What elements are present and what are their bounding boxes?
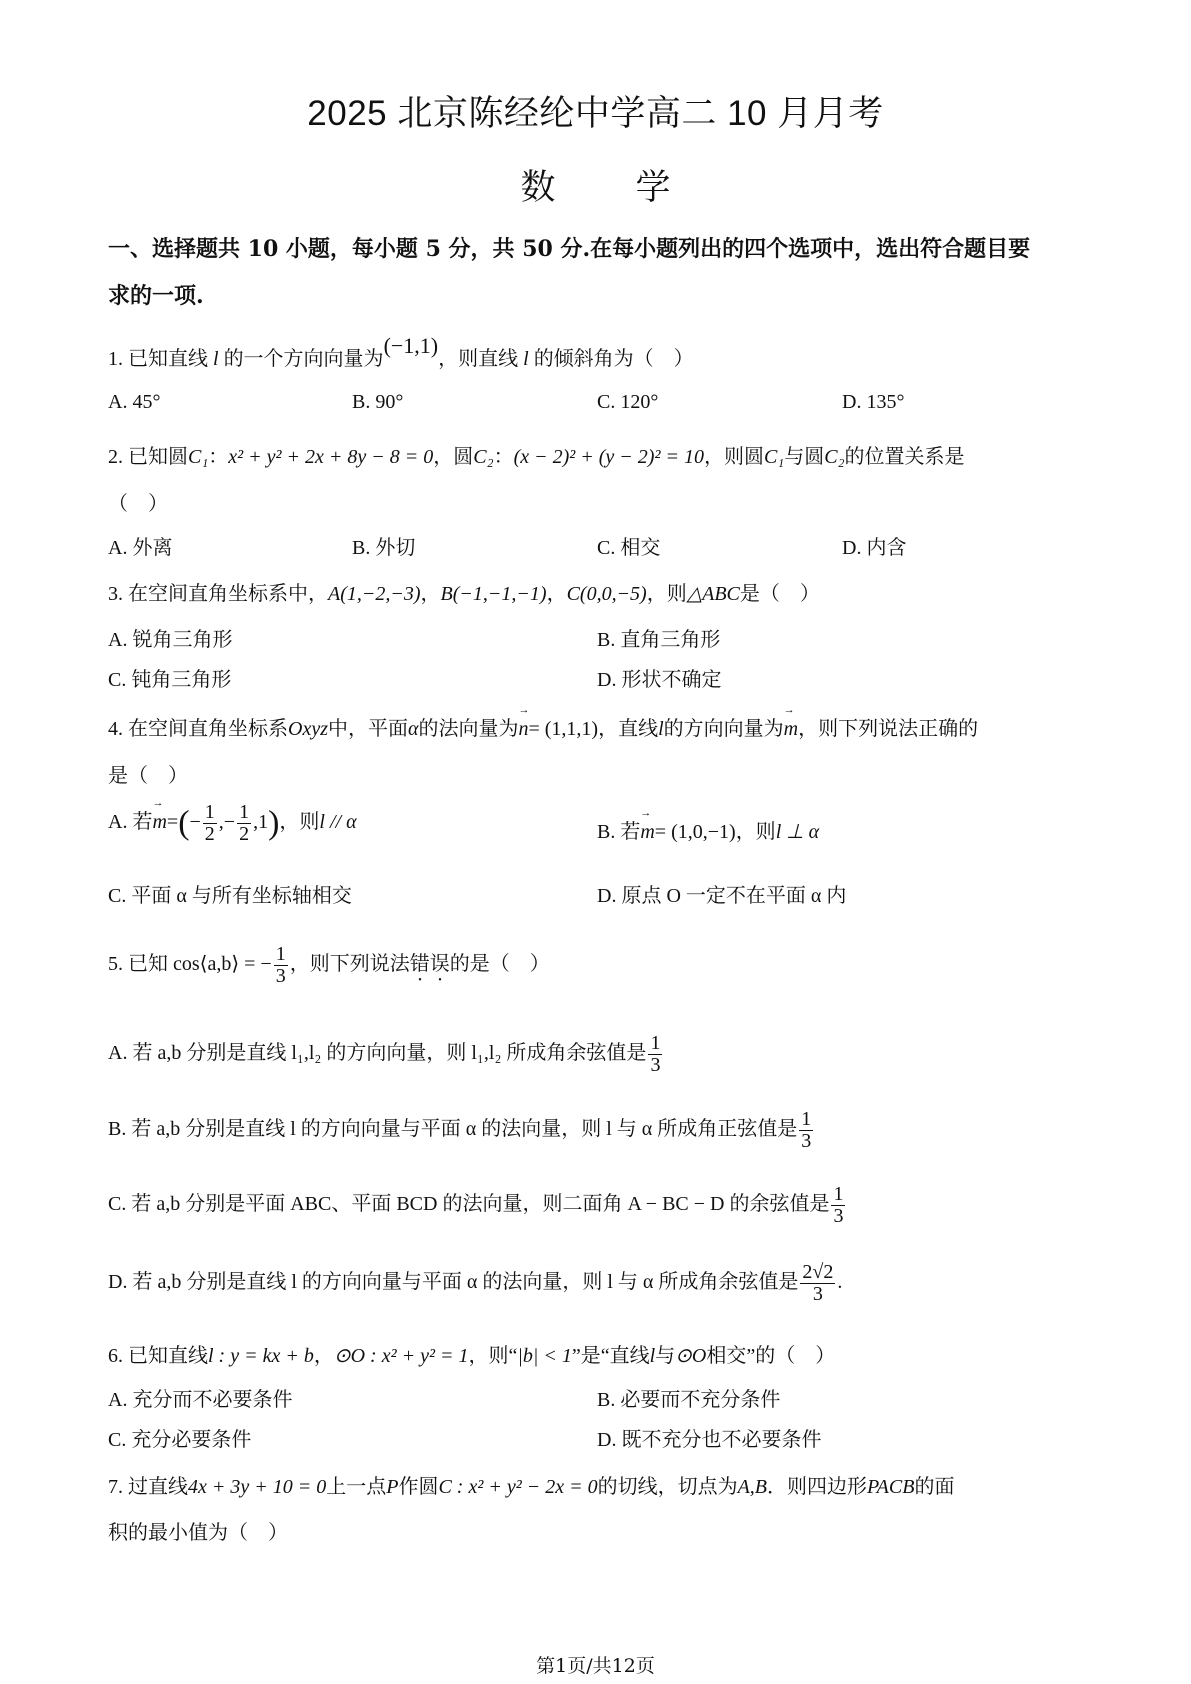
q5d-frac: 2√23 <box>800 1262 835 1305</box>
subject-char-1: 数 <box>520 160 555 210</box>
q2-text: ： <box>208 446 228 468</box>
q4-text: 中，平面 <box>328 718 408 740</box>
question-3-option-c: C. 钝角三角形 <box>108 663 231 692</box>
question-4-stem-line2: 是（ ） <box>108 759 188 788</box>
question-1-option-b: B. 90° <box>352 391 403 414</box>
question-2-option-a: A. 外离 <box>108 531 172 560</box>
q4-text: 4. 在空间直角坐标系 <box>108 718 288 740</box>
q1-var: l <box>213 348 219 370</box>
q5b-text: B. 若 a,b 分别是直线 l 的方向向量与平面 α 的法向量，则 l 与 α… <box>108 1118 797 1140</box>
q7-text: ．则四边形 <box>767 1476 867 1498</box>
q7-tangent-points: A,B <box>738 1476 767 1498</box>
q6-text: ”是“直线 <box>572 1345 650 1367</box>
question-5-option-c: C. 若 a,b 分别是平面 ABC、平面 BCD 的法向量，则二面角 A − … <box>108 1184 847 1227</box>
q6-circle-eq: ⊙O : x² + y² = 1 <box>334 1345 469 1367</box>
q4-text: ，直线 <box>598 718 658 740</box>
q1-text: 1. 已知直线 <box>108 348 208 370</box>
question-3-stem: 3. 在空间直角坐标系中，A(1,−2,−3)，B(−1,−1,−1)，C(0,… <box>108 577 820 606</box>
q2-text: ，圆 <box>433 446 473 468</box>
q4b-suffix: ，则 <box>736 821 776 843</box>
q4-text: ，则下列说法正确的 <box>798 718 978 740</box>
q6-circle: ⊙O <box>675 1345 706 1367</box>
q4a-rparen: ) <box>268 805 279 842</box>
question-7-stem: 7. 过直线4x + 3y + 10 = 0上一点P作圆C : x² + y² … <box>108 1470 954 1499</box>
q4a-tail: ,1 <box>253 811 268 833</box>
q5-cosine-expr: cos⟨a,b⟩ = − <box>173 953 272 975</box>
q3-point-a: A(1,−2,−3) <box>328 583 421 605</box>
q4-plane: α <box>408 718 419 740</box>
q2-text: ： <box>494 446 514 468</box>
q1-text: ，则直线 <box>438 348 518 370</box>
q5-text: 的是（ ） <box>450 953 550 975</box>
q4a-lparen: ( <box>178 805 189 842</box>
question-4-option-d: D. 原点 O 一定不在平面 α 内 <box>597 879 846 908</box>
q4-direction-vector: m <box>784 718 798 741</box>
section-instructions-line1: 一、选择题共 10 小题，每小题 5 分，共 50 分.在每小题列出的四个选项中… <box>108 232 1030 263</box>
q7-text: 的面 <box>914 1476 954 1498</box>
q6-text: 与 <box>655 1345 675 1367</box>
q4b-relation: l ⊥ α <box>776 821 819 843</box>
q5b-frac: 13 <box>799 1109 813 1152</box>
q3-triangle: △ABC <box>687 583 740 605</box>
q5a-text: A. 若 a,b 分别是直线 l₁,l₂ 的方向向量，则 l₁,l₂ 所成角余弦… <box>108 1042 646 1064</box>
question-2-option-d: D. 内含 <box>842 531 906 560</box>
question-3-option-b: B. 直角三角形 <box>597 623 720 652</box>
question-3-option-a: A. 锐角三角形 <box>108 623 232 652</box>
q5c-frac: 13 <box>831 1184 845 1227</box>
question-5-option-d: D. 若 a,b 分别是直线 l 的方向向量与平面 α 的法向量，则 l 与 α… <box>108 1262 842 1305</box>
q6-line-eq: l : y = kx + b <box>208 1345 314 1367</box>
q4a-suffix: ，则 <box>279 811 319 833</box>
q7-quadrilateral: PACB <box>867 1476 914 1498</box>
q5-text: 5. 已知 <box>108 953 168 975</box>
q3-text: ， <box>547 583 567 605</box>
q1-text: 的一个方向向量为 <box>224 348 384 370</box>
q4b-eq: = (1,0,−1) <box>655 821 736 843</box>
subject-char-2: 学 <box>636 160 671 210</box>
q6-text: 6. 已知直线 <box>108 1345 208 1367</box>
q7-text: 作圆 <box>398 1476 438 1498</box>
question-3-option-d: D. 形状不确定 <box>597 663 721 692</box>
q7-text: 7. 过直线 <box>108 1476 188 1498</box>
question-6-option-a: A. 充分而不必要条件 <box>108 1383 292 1412</box>
q2-text: 的位置关系是 <box>845 446 965 468</box>
question-2-stem: 2. 已知圆C₁：x² + y² + 2x + 8y − 8 = 0，圆C₂：(… <box>108 440 965 469</box>
question-5-option-a: A. 若 a,b 分别是直线 l₁,l₂ 的方向向量，则 l₁,l₂ 所成角余弦… <box>108 1033 664 1076</box>
q4b-vector: m <box>640 821 654 844</box>
q5-text: ，则下列说法 <box>290 953 410 975</box>
q5-frac: 13 <box>274 944 288 987</box>
q4a-label: A. 若 <box>108 811 152 833</box>
q7-point: P <box>386 1476 398 1498</box>
section-instructions-line2: 求的一项. <box>108 279 204 310</box>
q5c-text: C. 若 a,b 分别是平面 ABC、平面 BCD 的法向量，则二面角 A − … <box>108 1193 829 1215</box>
question-6-stem: 6. 已知直线l : y = kx + b，⊙O : x² + y² = 1，则… <box>108 1339 835 1368</box>
q4a-vector: m <box>152 811 166 834</box>
question-4-stem: 4. 在空间直角坐标系Oxyz中，平面α的法向量为n= (1,1,1)，直线l的… <box>108 712 978 741</box>
question-4-option-b: B. 若m= (1,0,−1)，则l ⊥ α <box>597 815 819 844</box>
question-1-option-c: C. 120° <box>597 391 658 414</box>
q3-point-b: B(−1,−1,−1) <box>441 583 547 605</box>
q3-text: 3. 在空间直角坐标系中， <box>108 583 328 605</box>
question-1-stem: 1. 已知直线 l 的一个方向向量为(−1,1)，则直线 l 的倾斜角为（ ） <box>108 342 694 371</box>
q4b-label: B. 若 <box>597 821 640 843</box>
q4-coord-system: Oxyz <box>288 718 328 740</box>
question-2-stem-line2: （ ） <box>108 487 168 516</box>
question-4-option-c: C. 平面 α 与所有坐标轴相交 <box>108 879 352 908</box>
subject-heading: 数学 <box>0 160 1191 210</box>
question-2-option-c: C. 相交 <box>597 531 660 560</box>
q5a-frac: 13 <box>648 1033 662 1076</box>
q5d-text: D. 若 a,b 分别是直线 l 的方向向量与平面 α 的法向量，则 l 与 α… <box>108 1271 798 1293</box>
q6-text: ， <box>314 1345 334 1367</box>
q2-equation: (x − 2)² + (y − 2)² = 10 <box>514 446 704 468</box>
q2-text: ，则圆 <box>704 446 764 468</box>
question-6-option-c: C. 充分必要条件 <box>108 1423 251 1452</box>
question-6-option-b: B. 必要而不充分条件 <box>597 1383 780 1412</box>
q7-line-eq: 4x + 3y + 10 = 0 <box>188 1476 326 1498</box>
q2-var: C₁ <box>188 446 208 468</box>
document-title: 2025 北京陈经纶中学高二 10 月月考 <box>0 86 1191 136</box>
question-5-stem: 5. 已知 cos⟨a,b⟩ = −13，则下列说法错误的是（ ） <box>108 944 550 987</box>
q1-vector: (−1,1) <box>384 333 439 358</box>
q6-condition: |b| < 1 <box>517 1345 572 1367</box>
q4a-eq: = <box>167 811 178 833</box>
q2-equation: x² + y² + 2x + 8y − 8 = 0 <box>228 446 433 468</box>
q5d-end: . <box>837 1271 842 1293</box>
q4-vector-value: = (1,1,1) <box>528 718 598 740</box>
q3-text: 是（ ） <box>740 583 820 605</box>
q4a-frac-2: 12 <box>237 802 251 845</box>
question-6-option-d: D. 既不充分也不必要条件 <box>597 1423 821 1452</box>
q5-emphasis: 错误 <box>410 953 450 975</box>
q6-text: ，则“ <box>468 1345 517 1367</box>
q4a-frac-1: 12 <box>203 802 217 845</box>
question-2-option-b: B. 外切 <box>352 531 415 560</box>
q2-var: C₁ <box>764 446 784 468</box>
q7-circle-eq: C : x² + y² − 2x = 0 <box>438 1476 597 1498</box>
q4-normal-vector: n <box>518 718 528 741</box>
q2-text: 与圆 <box>784 446 824 468</box>
q3-text: ， <box>421 583 441 605</box>
question-4-option-a: A. 若m=(−12,−12,1)，则l // α <box>108 802 357 845</box>
question-5-option-b: B. 若 a,b 分别是直线 l 的方向向量与平面 α 的法向量，则 l 与 α… <box>108 1109 815 1152</box>
page-number-footer: 第1页/共12页 <box>0 1651 1191 1678</box>
q2-text: 2. 已知圆 <box>108 446 188 468</box>
q2-var: C₂ <box>824 446 844 468</box>
q3-text: ，则 <box>647 583 687 605</box>
question-7-stem-line2: 积的最小值为（ ） <box>108 1516 288 1545</box>
question-1-option-a: A. 45° <box>108 391 160 414</box>
q4-text: 的方向向量为 <box>664 718 784 740</box>
question-1-option-d: D. 135° <box>842 391 904 414</box>
q3-point-c: C(0,0,−5) <box>567 583 647 605</box>
q1-var: l <box>523 348 529 370</box>
q7-text: 的切线，切点为 <box>598 1476 738 1498</box>
q2-var: C₂ <box>473 446 493 468</box>
q1-text: 的倾斜角为（ ） <box>534 348 694 370</box>
q4a-relation: l // α <box>319 811 356 833</box>
q6-text: 相交”的（ ） <box>706 1345 835 1367</box>
q4-text: 的法向量为 <box>418 718 518 740</box>
q7-text: 上一点 <box>326 1476 386 1498</box>
